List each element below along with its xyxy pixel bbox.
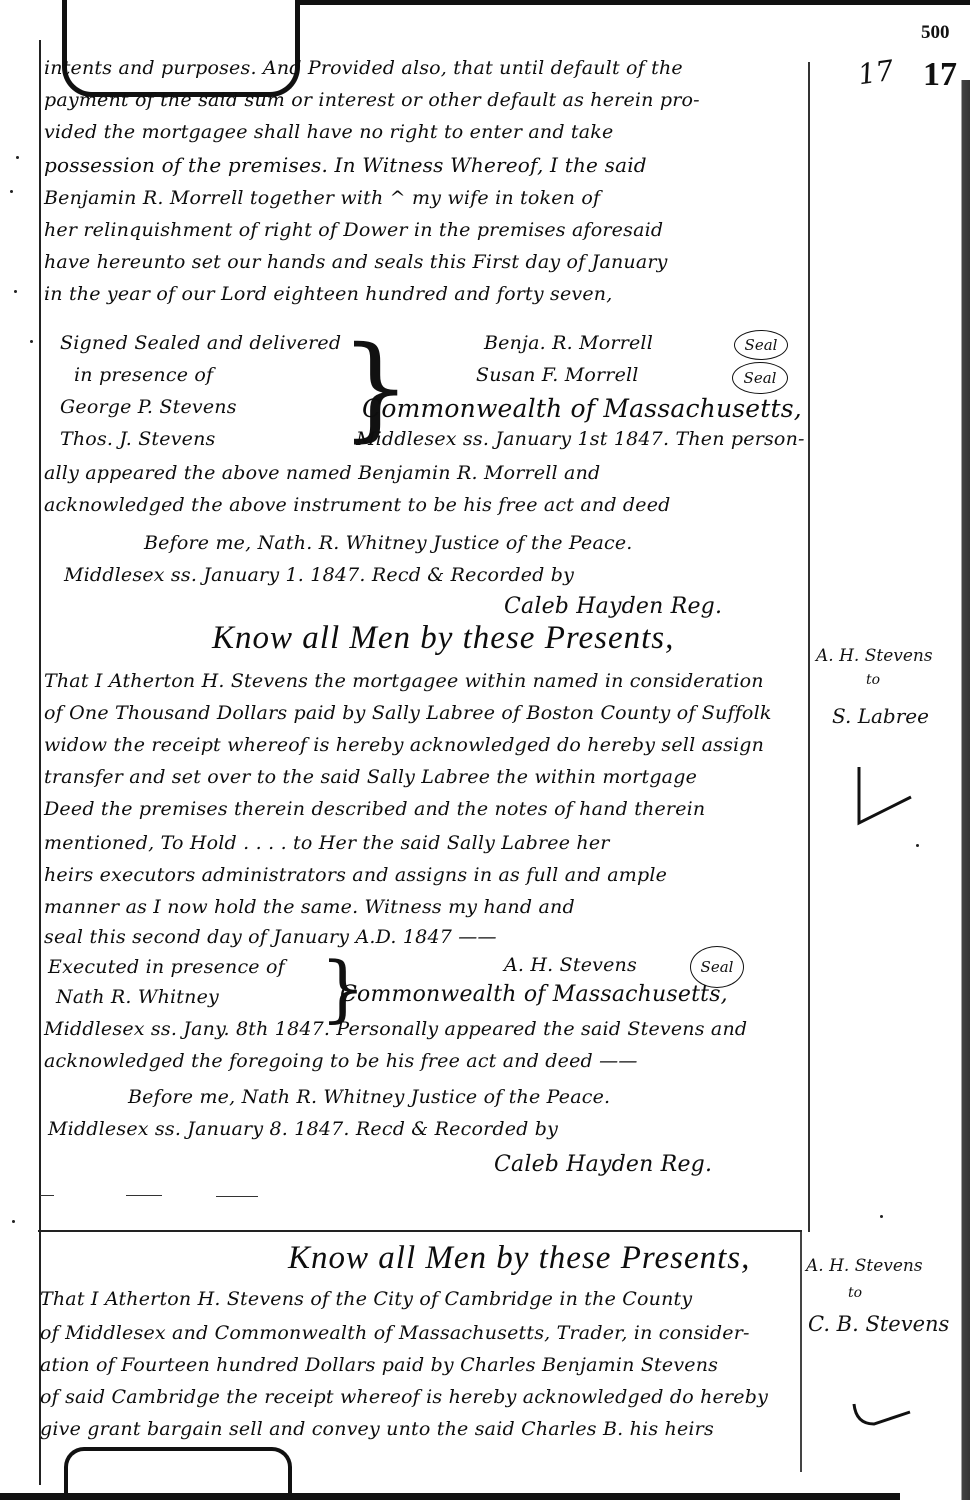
witness-label: in presence of bbox=[74, 364, 213, 386]
text-line: of said Cambridge the receipt whereof is… bbox=[40, 1386, 768, 1408]
commonwealth-heading: Commonwealth of Massachusetts, bbox=[340, 982, 728, 1007]
margin-note-from: A. H. Stevens bbox=[806, 1256, 923, 1276]
signer-name: Susan F. Morrell bbox=[476, 364, 639, 386]
justice-line: Before me, Nath R. Whitney Justice of th… bbox=[128, 1086, 610, 1108]
witness-label: Signed Sealed and delivered bbox=[60, 332, 341, 354]
margin-note-to: to bbox=[848, 1285, 862, 1301]
text-line: in the year of our Lord eighteen hundred… bbox=[44, 283, 613, 305]
ink-speck bbox=[916, 844, 919, 847]
witness-name: George P. Stevens bbox=[60, 396, 237, 418]
deed-heading: Know all Men by these Presents, bbox=[212, 620, 674, 657]
text-line: possession of the premises. In Witness W… bbox=[44, 153, 647, 177]
text-line: Middlesex ss. Jany. 8th 1847. Personally… bbox=[44, 1018, 747, 1040]
check-mark-icon bbox=[855, 765, 915, 830]
folio-number: 500 bbox=[921, 22, 950, 44]
ruling-mark bbox=[216, 1196, 258, 1197]
text-line: mentioned, To Hold . . . . to Her the sa… bbox=[44, 832, 610, 854]
ledger-page: 500 17 17 intents and purposes. And Prov… bbox=[0, 0, 970, 1500]
text-line: ation of Fourteen hundred Dollars paid b… bbox=[40, 1354, 718, 1376]
text-line: That I Atherton H. Stevens the mortgagee… bbox=[44, 670, 764, 692]
margin-note-to: to bbox=[866, 672, 880, 688]
signer-name: A. H. Stevens bbox=[504, 954, 637, 976]
ink-speck bbox=[880, 1215, 883, 1218]
recorded-line: Middlesex ss. January 1. 1847. Recd & Re… bbox=[64, 564, 574, 586]
curve-mark-icon bbox=[850, 1400, 920, 1440]
text-line: seal this second day of January A.D. 184… bbox=[44, 926, 497, 948]
witness-name: Nath R. Whitney bbox=[56, 986, 219, 1008]
text-line: transfer and set over to the said Sally … bbox=[44, 766, 697, 788]
bottom-index-tab bbox=[64, 1447, 292, 1500]
top-index-tab bbox=[62, 0, 300, 97]
ruling-mark bbox=[126, 1195, 162, 1196]
text-line: heirs executors administrators and assig… bbox=[44, 864, 667, 886]
margin-note-from: A. H. Stevens bbox=[816, 646, 933, 666]
registrar-signature: Caleb Hayden Reg. bbox=[494, 1152, 712, 1177]
text-line: vided the mortgagee shall have no right … bbox=[44, 121, 613, 143]
ink-speck bbox=[14, 290, 17, 293]
witness-name: Thos. J. Stevens bbox=[60, 428, 215, 450]
handwritten-page-number: 17 bbox=[856, 54, 896, 92]
ruling-mark bbox=[40, 1195, 54, 1196]
text-line: ally appeared the above named Benjamin R… bbox=[44, 462, 600, 484]
right-column-rule-lower bbox=[800, 1232, 802, 1472]
deed-heading: Know all Men by these Presents, bbox=[288, 1240, 750, 1277]
text-line: widow the receipt whereof is hereby ackn… bbox=[44, 734, 764, 756]
text-line: That I Atherton H. Stevens of the City o… bbox=[40, 1288, 692, 1310]
text-line: Deed the premises therein described and … bbox=[44, 798, 705, 820]
left-margin-rule bbox=[39, 40, 41, 1485]
commonwealth-heading: Commonwealth of Massachusetts, bbox=[362, 394, 802, 423]
page-number: 17 bbox=[923, 56, 957, 94]
text-line: intents and purposes. And Provided also,… bbox=[44, 57, 683, 79]
text-line: of One Thousand Dollars paid by Sally La… bbox=[44, 702, 772, 724]
text-line: give grant bargain sell and convey unto … bbox=[40, 1418, 714, 1440]
right-column-rule-upper bbox=[808, 62, 810, 1232]
seal-mark: Seal bbox=[734, 330, 788, 360]
ink-speck bbox=[10, 190, 13, 193]
margin-note-grantee: S. Labree bbox=[832, 704, 929, 728]
county-line: Middlesex ss. January 1st 1847. Then per… bbox=[356, 428, 805, 450]
text-line: have hereunto set our hands and seals th… bbox=[44, 251, 668, 273]
text-line: her relinquishment of right of Dower in … bbox=[44, 219, 663, 241]
justice-line: Before me, Nath. R. Whitney Justice of t… bbox=[144, 532, 633, 554]
ink-speck bbox=[12, 1220, 15, 1223]
right-page-edge bbox=[958, 80, 970, 1500]
text-line: payment of the said sum or interest or o… bbox=[44, 89, 700, 111]
deed-separator-line bbox=[38, 1230, 802, 1232]
ink-speck bbox=[30, 340, 33, 343]
text-line: Benjamin R. Morrell together with ^ my w… bbox=[44, 187, 600, 209]
seal-mark: Seal bbox=[732, 362, 788, 394]
text-line: acknowledged the above instrument to be … bbox=[44, 494, 671, 516]
margin-note-grantee: C. B. Stevens bbox=[808, 1312, 949, 1336]
text-line: acknowledged the foregoing to be his fre… bbox=[44, 1050, 638, 1072]
text-line: manner as I now hold the same. Witness m… bbox=[44, 896, 575, 918]
recorded-line: Middlesex ss. January 8. 1847. Recd & Re… bbox=[48, 1118, 558, 1140]
witness-label: Executed in presence of bbox=[48, 956, 285, 978]
registrar-signature: Caleb Hayden Reg. bbox=[504, 594, 722, 619]
text-line: of Middlesex and Commonwealth of Massach… bbox=[40, 1322, 750, 1344]
signer-name: Benja. R. Morrell bbox=[484, 332, 653, 354]
ink-speck bbox=[16, 156, 19, 159]
